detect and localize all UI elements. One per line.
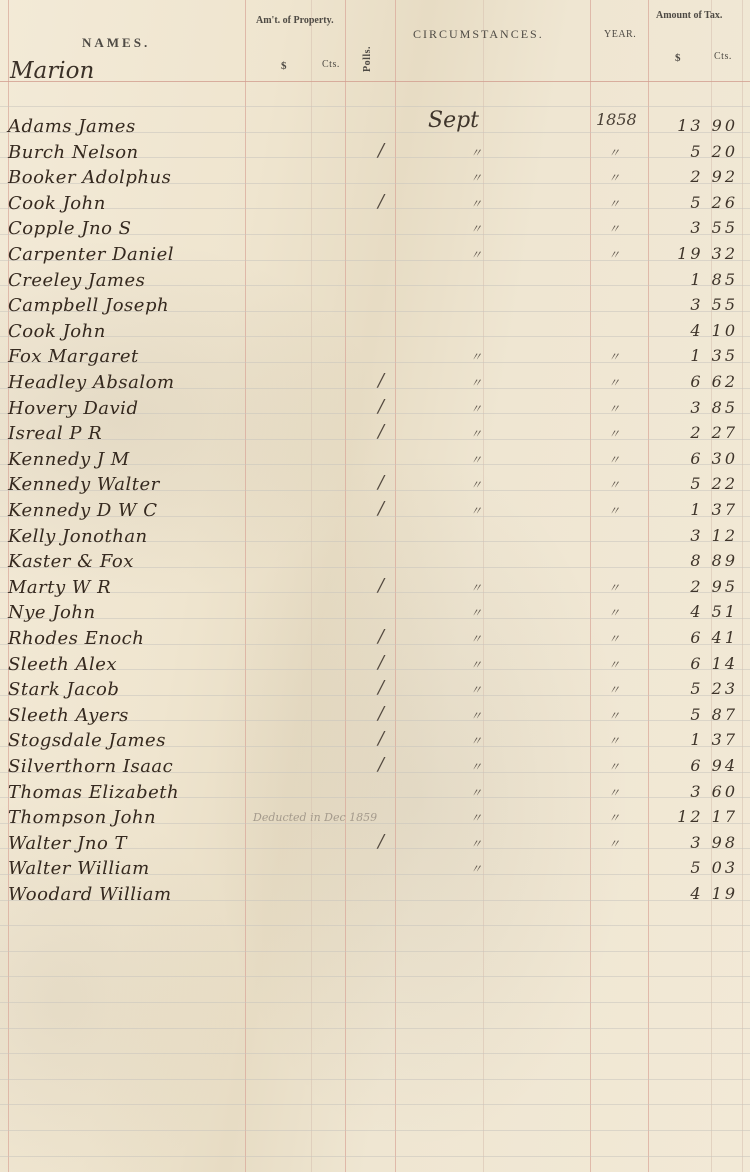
column-header-names: NAMES. xyxy=(82,35,150,51)
column-header-year: YEAR. xyxy=(604,29,636,40)
tax-amount: 1 35 xyxy=(690,346,738,365)
table-row: Marty W R/〃〃2 95 xyxy=(0,577,750,602)
tax-amount: 19 32 xyxy=(677,244,738,263)
year-entry: 1858 xyxy=(596,110,637,129)
ruled-line xyxy=(0,1028,750,1029)
column-header-polls: Polls. xyxy=(362,46,373,72)
year-entry: 〃 xyxy=(608,604,620,621)
taxpayer-name: Copple Jno S xyxy=(8,218,131,239)
tax-amount: 3 60 xyxy=(690,782,738,801)
circumstances-entry: 〃 xyxy=(470,169,482,186)
poll-mark: / xyxy=(378,421,384,442)
tax-amount: 6 30 xyxy=(690,449,738,468)
circumstances-entry: 〃 xyxy=(470,630,482,647)
table-row: Stark Jacob/〃〃5 23 xyxy=(0,679,750,704)
table-row: Booker Adolphus〃〃2 92 xyxy=(0,167,750,192)
column-header-tax-dollars: $ xyxy=(675,52,681,64)
ruled-line xyxy=(0,106,750,107)
ruled-line xyxy=(0,951,750,952)
ruled-line xyxy=(0,1079,750,1080)
circumstances-entry: 〃 xyxy=(470,374,482,391)
column-header-property-dollars: $ xyxy=(281,60,287,72)
circumstances-entry: 〃 xyxy=(470,220,482,237)
circumstances-entry: 〃 xyxy=(470,425,482,442)
circumstances-entry: 〃 xyxy=(470,656,482,673)
tax-amount: 1 85 xyxy=(690,270,738,289)
column-header-amount-of-tax: Amount of Tax. xyxy=(656,10,722,21)
year-entry: 〃 xyxy=(608,784,620,801)
table-row: Cook John/〃〃5 26 xyxy=(0,193,750,218)
year-entry: 〃 xyxy=(608,246,620,263)
circumstances-entry: 〃 xyxy=(470,246,482,263)
tax-amount: 13 90 xyxy=(677,116,738,135)
year-entry: 〃 xyxy=(608,374,620,391)
taxpayer-name: Headley Absalom xyxy=(8,372,175,393)
poll-mark: / xyxy=(378,728,384,749)
annotation-note: Deducted in Dec 1859 xyxy=(253,811,377,824)
table-row: Isreal P R/〃〃2 27 xyxy=(0,423,750,448)
tax-amount: 3 12 xyxy=(690,526,738,545)
poll-mark: / xyxy=(378,370,384,391)
year-entry: 〃 xyxy=(608,451,620,468)
taxpayer-name: Kaster & Fox xyxy=(8,551,134,572)
table-row: Rhodes Enoch/〃〃6 41 xyxy=(0,628,750,653)
table-row: Kelly Jonothan3 12 xyxy=(0,526,750,551)
year-entry: 〃 xyxy=(608,348,620,365)
column-header-property: Am't. of Property. xyxy=(256,15,334,26)
taxpayer-name: Kennedy D W C xyxy=(8,500,158,521)
table-row: Burch Nelson/〃〃5 20 xyxy=(0,142,750,167)
taxpayer-name: Kennedy Walter xyxy=(8,474,160,495)
year-entry: 〃 xyxy=(608,195,620,212)
table-row: Carpenter Daniel〃〃19 32 xyxy=(0,244,750,269)
taxpayer-name: Creeley James xyxy=(8,270,145,291)
taxpayer-name: Kelly Jonothan xyxy=(8,526,148,547)
tax-amount: 5 20 xyxy=(690,142,738,161)
table-row: Kennedy J M〃〃6 30 xyxy=(0,449,750,474)
year-entry: 〃 xyxy=(608,732,620,749)
circumstances-entry: 〃 xyxy=(470,579,482,596)
tax-amount: 4 10 xyxy=(690,321,738,340)
taxpayer-name: Isreal P R xyxy=(8,423,102,444)
year-entry: 〃 xyxy=(608,835,620,852)
ruled-line xyxy=(0,925,750,926)
circumstances-entry: 〃 xyxy=(470,476,482,493)
year-entry: 〃 xyxy=(608,656,620,673)
taxpayer-name: Adams James xyxy=(8,116,136,137)
taxpayer-name: Woodard William xyxy=(8,884,172,905)
table-row: Thompson John〃〃12 17Deducted in Dec 1859 xyxy=(0,807,750,832)
tax-amount: 6 14 xyxy=(690,654,738,673)
tax-amount: 1 37 xyxy=(690,730,738,749)
tax-amount: 3 98 xyxy=(690,833,738,852)
taxpayer-name: Kennedy J M xyxy=(8,449,130,470)
ruled-line xyxy=(0,1156,750,1157)
taxpayer-name: Marty W R xyxy=(8,577,111,598)
taxpayer-name: Cook John xyxy=(8,321,106,342)
tax-amount: 5 87 xyxy=(690,705,738,724)
year-entry: 〃 xyxy=(608,144,620,161)
circumstances-entry: 〃 xyxy=(470,707,482,724)
year-entry: 〃 xyxy=(608,630,620,647)
taxpayer-name: Walter Jno T xyxy=(8,833,127,854)
table-row: Sleeth Ayers/〃〃5 87 xyxy=(0,705,750,730)
poll-mark: / xyxy=(378,575,384,596)
year-entry: 〃 xyxy=(608,707,620,724)
table-row: Fox Margaret〃〃1 35 xyxy=(0,346,750,371)
tax-amount: 1 37 xyxy=(690,500,738,519)
circumstances-entry: Sept xyxy=(428,108,479,133)
year-entry: 〃 xyxy=(608,681,620,698)
taxpayer-name: Booker Adolphus xyxy=(8,167,171,188)
circumstances-entry: 〃 xyxy=(470,604,482,621)
table-row: Creeley James1 85 xyxy=(0,270,750,295)
taxpayer-name: Campbell Joseph xyxy=(8,295,169,316)
year-entry: 〃 xyxy=(608,220,620,237)
tax-amount: 4 51 xyxy=(690,602,738,621)
table-row: Walter Jno T/〃〃3 98 xyxy=(0,833,750,858)
poll-mark: / xyxy=(378,396,384,417)
taxpayer-name: Fox Margaret xyxy=(8,346,139,367)
circumstances-entry: 〃 xyxy=(470,502,482,519)
taxpayer-name: Thompson John xyxy=(8,807,156,828)
year-entry: 〃 xyxy=(608,502,620,519)
taxpayer-name: Hovery David xyxy=(8,398,138,419)
taxpayer-name: Sleeth Ayers xyxy=(8,705,129,726)
tax-amount: 6 62 xyxy=(690,372,738,391)
taxpayer-name: Stogsdale James xyxy=(8,730,166,751)
ruled-line xyxy=(0,1053,750,1054)
circumstances-entry: 〃 xyxy=(470,860,482,877)
tax-amount: 2 27 xyxy=(690,423,738,442)
tax-amount: 5 22 xyxy=(690,474,738,493)
table-row: Nye John〃〃4 51 xyxy=(0,602,750,627)
tax-amount: 6 41 xyxy=(690,628,738,647)
table-row: Thomas Elizabeth〃〃3 60 xyxy=(0,782,750,807)
taxpayer-name: Silverthorn Isaac xyxy=(8,756,173,777)
circumstances-entry: 〃 xyxy=(470,451,482,468)
ruled-line xyxy=(0,1104,750,1105)
table-row: Kennedy D W C/〃〃1 37 xyxy=(0,500,750,525)
table-row: Kaster & Fox8 89 xyxy=(0,551,750,576)
tax-amount: 8 89 xyxy=(690,551,738,570)
table-row: Campbell Joseph3 55 xyxy=(0,295,750,320)
poll-mark: / xyxy=(378,754,384,775)
circumstances-entry: 〃 xyxy=(470,758,482,775)
taxpayer-name: Walter William xyxy=(8,858,150,879)
taxpayer-name: Sleeth Alex xyxy=(8,654,117,675)
circumstances-entry: 〃 xyxy=(470,348,482,365)
table-row: Cook John4 10 xyxy=(0,321,750,346)
tax-amount: 5 26 xyxy=(690,193,738,212)
tax-amount: 2 95 xyxy=(690,577,738,596)
tax-amount: 12 17 xyxy=(677,807,738,826)
year-entry: 〃 xyxy=(608,169,620,186)
taxpayer-name: Rhodes Enoch xyxy=(8,628,144,649)
ruled-line xyxy=(0,976,750,977)
year-entry: 〃 xyxy=(608,400,620,417)
table-row: Woodard William4 19 xyxy=(0,884,750,909)
taxpayer-name: Burch Nelson xyxy=(8,142,139,163)
year-entry: 〃 xyxy=(608,425,620,442)
tax-amount: 3 55 xyxy=(690,295,738,314)
poll-mark: / xyxy=(378,626,384,647)
tax-amount: 3 55 xyxy=(690,218,738,237)
township-name: Marion xyxy=(10,58,94,84)
poll-mark: / xyxy=(378,472,384,493)
poll-mark: / xyxy=(378,498,384,519)
column-header-tax-cents: Cts. xyxy=(714,51,732,62)
taxpayer-name: Stark Jacob xyxy=(8,679,119,700)
table-row: Stogsdale James/〃〃1 37 xyxy=(0,730,750,755)
tax-amount: 6 94 xyxy=(690,756,738,775)
ruled-line xyxy=(0,1002,750,1003)
circumstances-entry: 〃 xyxy=(470,400,482,417)
taxpayer-name: Thomas Elizabeth xyxy=(8,782,179,803)
column-header-property-cents: Cts. xyxy=(322,59,340,70)
header-rule xyxy=(0,81,750,82)
table-row: Sleeth Alex/〃〃6 14 xyxy=(0,654,750,679)
year-entry: 〃 xyxy=(608,758,620,775)
ruled-line xyxy=(0,1130,750,1131)
year-entry: 〃 xyxy=(608,809,620,826)
tax-amount: 4 19 xyxy=(690,884,738,903)
taxpayer-name: Carpenter Daniel xyxy=(8,244,174,265)
poll-mark: / xyxy=(378,831,384,852)
table-row: Walter William〃5 03 xyxy=(0,858,750,883)
year-entry: 〃 xyxy=(608,579,620,596)
poll-mark: / xyxy=(378,191,384,212)
table-row: Copple Jno S〃〃3 55 xyxy=(0,218,750,243)
taxpayer-name: Nye John xyxy=(8,602,96,623)
table-row: Kennedy Walter/〃〃5 22 xyxy=(0,474,750,499)
column-header-circumstances: CIRCUMSTANCES. xyxy=(413,27,544,42)
poll-mark: / xyxy=(378,677,384,698)
table-row: Adams JamesSept185813 90 xyxy=(0,116,750,141)
poll-mark: / xyxy=(378,140,384,161)
circumstances-entry: 〃 xyxy=(470,784,482,801)
table-row: Silverthorn Isaac/〃〃6 94 xyxy=(0,756,750,781)
circumstances-entry: 〃 xyxy=(470,195,482,212)
table-row: Headley Absalom/〃〃6 62 xyxy=(0,372,750,397)
poll-mark: / xyxy=(378,652,384,673)
circumstances-entry: 〃 xyxy=(470,144,482,161)
tax-amount: 3 85 xyxy=(690,398,738,417)
circumstances-entry: 〃 xyxy=(470,835,482,852)
poll-mark: / xyxy=(378,703,384,724)
circumstances-entry: 〃 xyxy=(470,681,482,698)
circumstances-entry: 〃 xyxy=(470,732,482,749)
year-entry: 〃 xyxy=(608,476,620,493)
tax-amount: 2 92 xyxy=(690,167,738,186)
tax-amount: 5 23 xyxy=(690,679,738,698)
tax-amount: 5 03 xyxy=(690,858,738,877)
circumstances-entry: 〃 xyxy=(470,809,482,826)
table-row: Hovery David/〃〃3 85 xyxy=(0,398,750,423)
taxpayer-name: Cook John xyxy=(8,193,106,214)
